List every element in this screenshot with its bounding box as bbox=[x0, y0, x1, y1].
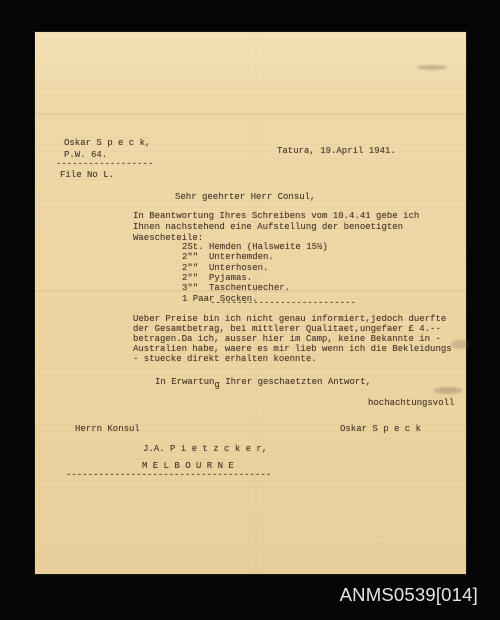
body-line: Australien habe, waere es mir lieb wenn … bbox=[133, 344, 452, 354]
recipient-title: Herrn Konsul bbox=[75, 424, 140, 434]
recipient-name: J.A. P i e t z c k e r, bbox=[143, 444, 267, 454]
sender-name-line: Oskar S p e c k, bbox=[64, 138, 150, 148]
closing-text-start: In Erwartun bbox=[155, 377, 214, 387]
file-reference: File No L. bbox=[60, 170, 114, 180]
smudge-mark bbox=[417, 65, 447, 70]
dateline: Tatura, 19.April 1941. bbox=[277, 146, 396, 156]
list-divider: --------------------------- bbox=[210, 298, 356, 308]
smudge-mark bbox=[451, 340, 469, 349]
clothing-item: 2"" Pyjamas. bbox=[182, 273, 252, 283]
clothing-item: 3"" Taschentuecher. bbox=[182, 283, 290, 293]
sender-divider: ------------------ bbox=[56, 159, 153, 169]
signature: Oskar S p e c k bbox=[340, 424, 421, 434]
body-line: - stuecke direkt erhalten koennte. bbox=[133, 354, 317, 364]
body-line: In Beantwortung Ihres Schreibens vom 10.… bbox=[133, 211, 419, 221]
closing-text-end: Ihrer geschaetzten Antwort, bbox=[220, 377, 371, 387]
body-line: Ueber Preise bin ich nicht genau informi… bbox=[133, 314, 446, 324]
salutation: Sehr geehrter Herr Consul, bbox=[175, 192, 315, 202]
paper-crease bbox=[35, 113, 466, 115]
valediction: hochachtungsvoll bbox=[368, 398, 454, 408]
clothing-item: 2"" Unterhosen. bbox=[182, 263, 268, 273]
clothing-item: 2"" Unterhemden. bbox=[182, 252, 274, 262]
closing-dropped-letter: g bbox=[214, 380, 219, 390]
body-line: Ihnen nachstehend eine Aufstellung der b… bbox=[133, 222, 403, 232]
smudge-mark bbox=[434, 387, 462, 394]
body-line: der Gesamtbetrag, bei mittlerer Qualitae… bbox=[133, 324, 441, 334]
letter-document: Oskar S p e c k, P.W. 64. --------------… bbox=[35, 32, 466, 574]
body-line: betragen.Da ich, ausser hier im Camp, ke… bbox=[133, 334, 441, 344]
closing-line: In Erwartung Ihrer geschaetzten Antwort, bbox=[155, 377, 371, 387]
clothing-item: 2St. Hemden (Halsweite 15½) bbox=[182, 242, 328, 252]
catalog-number-label: ANMS0539[014] bbox=[340, 584, 478, 606]
recipient-divider: -------------------------------------- bbox=[66, 470, 271, 480]
archival-photo: Oskar S p e c k, P.W. 64. --------------… bbox=[0, 0, 500, 620]
